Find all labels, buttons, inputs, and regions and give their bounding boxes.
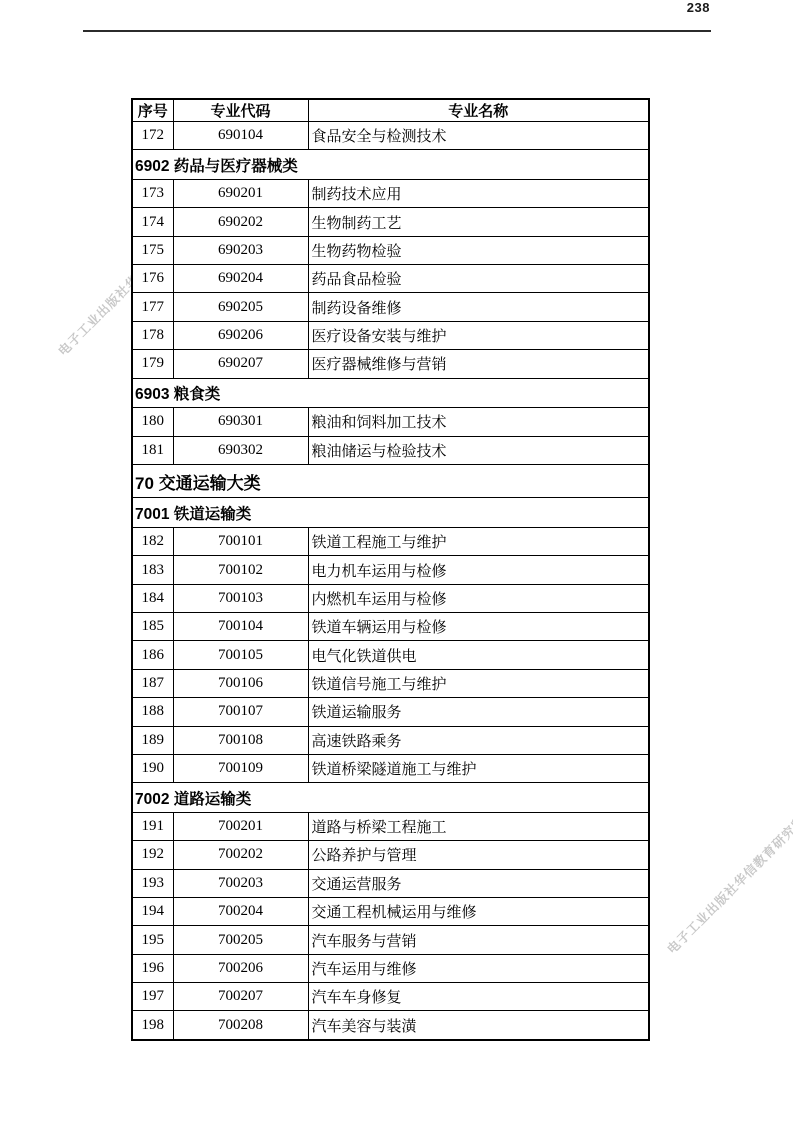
cell-code: 700106	[173, 669, 308, 697]
table-row: 178690206医疗设备安装与维护	[132, 321, 649, 349]
cell-no: 191	[132, 812, 173, 840]
cell-code: 700204	[173, 897, 308, 925]
cell-no: 188	[132, 698, 173, 726]
majors-table: 序号 专业代码 专业名称 172690104食品安全与检测技术6902 药品与医…	[131, 98, 650, 1041]
cell-no: 175	[132, 236, 173, 264]
table-row: 188700107铁道运输服务	[132, 698, 649, 726]
cell-no: 194	[132, 897, 173, 925]
table-row: 172690104食品安全与检测技术	[132, 122, 649, 150]
cell-code: 700101	[173, 528, 308, 556]
table-row: 195700205汽车服务与营销	[132, 926, 649, 954]
cell-name: 汽车运用与维修	[308, 954, 649, 982]
table-row: 186700105电气化铁道供电	[132, 641, 649, 669]
cell-code: 690205	[173, 293, 308, 321]
cell-code: 690202	[173, 208, 308, 236]
cell-code: 690201	[173, 180, 308, 208]
cell-code: 700107	[173, 698, 308, 726]
cell-no: 178	[132, 321, 173, 349]
table-row: 198700208汽车美容与装潢	[132, 1011, 649, 1040]
table-row: 194700204交通工程机械运用与维修	[132, 897, 649, 925]
section-label: 6902 药品与医疗器械类	[132, 150, 649, 180]
cell-code: 700102	[173, 556, 308, 584]
cell-no: 195	[132, 926, 173, 954]
section-label: 7002 道路运输类	[132, 783, 649, 813]
cell-no: 189	[132, 726, 173, 754]
cell-no: 187	[132, 669, 173, 697]
cell-no: 174	[132, 208, 173, 236]
cell-code: 690204	[173, 265, 308, 293]
table-row: 191700201道路与桥梁工程施工	[132, 812, 649, 840]
cell-code: 690207	[173, 350, 308, 378]
table-row: 193700203交通运营服务	[132, 869, 649, 897]
cell-no: 179	[132, 350, 173, 378]
cell-no: 192	[132, 841, 173, 869]
table-row: 176690204药品食品检验	[132, 265, 649, 293]
cell-code: 700208	[173, 1011, 308, 1040]
cell-name: 汽车服务与营销	[308, 926, 649, 954]
cell-code: 700109	[173, 754, 308, 782]
cell-no: 176	[132, 265, 173, 293]
section-row: 6902 药品与医疗器械类	[132, 150, 649, 180]
cell-no: 172	[132, 122, 173, 150]
major-section-label: 70 交通运输大类	[132, 464, 649, 498]
cell-code: 700105	[173, 641, 308, 669]
cell-name: 铁道桥梁隧道施工与维护	[308, 754, 649, 782]
cell-name: 铁道信号施工与维护	[308, 669, 649, 697]
cell-no: 181	[132, 436, 173, 464]
table-row: 189700108高速铁路乘务	[132, 726, 649, 754]
cell-code: 690203	[173, 236, 308, 264]
table-body: 172690104食品安全与检测技术6902 药品与医疗器械类173690201…	[132, 122, 649, 1041]
cell-code: 700202	[173, 841, 308, 869]
cell-name: 电力机车运用与检修	[308, 556, 649, 584]
section-label: 7001 铁道运输类	[132, 498, 649, 528]
cell-name: 药品食品检验	[308, 265, 649, 293]
cell-code: 700103	[173, 584, 308, 612]
cell-no: 183	[132, 556, 173, 584]
table-row: 181690302粮油储运与检验技术	[132, 436, 649, 464]
cell-code: 690104	[173, 122, 308, 150]
cell-name: 铁道车辆运用与检修	[308, 613, 649, 641]
table-row: 179690207医疗器械维修与营销	[132, 350, 649, 378]
page-number: 238	[650, 0, 710, 15]
cell-name: 生物制药工艺	[308, 208, 649, 236]
table-row: 196700206汽车运用与维修	[132, 954, 649, 982]
table-row: 183700102电力机车运用与检修	[132, 556, 649, 584]
section-row: 7001 铁道运输类	[132, 498, 649, 528]
section-row: 7002 道路运输类	[132, 783, 649, 813]
column-header-code: 专业代码	[173, 99, 308, 122]
column-header-name: 专业名称	[308, 99, 649, 122]
cell-code: 700104	[173, 613, 308, 641]
table-row: 190700109铁道桥梁隧道施工与维护	[132, 754, 649, 782]
watermark-right: 电子工业出版社华信教育研究所	[663, 811, 793, 957]
cell-no: 197	[132, 983, 173, 1011]
cell-no: 182	[132, 528, 173, 556]
major-section-row: 70 交通运输大类	[132, 464, 649, 498]
cell-name: 汽车美容与装潢	[308, 1011, 649, 1040]
cell-name: 内燃机车运用与检修	[308, 584, 649, 612]
cell-no: 184	[132, 584, 173, 612]
cell-no: 173	[132, 180, 173, 208]
cell-name: 医疗设备安装与维护	[308, 321, 649, 349]
table-row: 180690301粮油和饲料加工技术	[132, 408, 649, 436]
cell-code: 690206	[173, 321, 308, 349]
table-row: 192700202公路养护与管理	[132, 841, 649, 869]
header-rule	[83, 30, 711, 32]
cell-name: 粮油储运与检验技术	[308, 436, 649, 464]
cell-code: 700205	[173, 926, 308, 954]
column-header-no: 序号	[132, 99, 173, 122]
cell-code: 700201	[173, 812, 308, 840]
cell-name: 道路与桥梁工程施工	[308, 812, 649, 840]
cell-name: 铁道工程施工与维护	[308, 528, 649, 556]
cell-name: 汽车车身修复	[308, 983, 649, 1011]
cell-code: 700206	[173, 954, 308, 982]
cell-name: 粮油和饲料加工技术	[308, 408, 649, 436]
cell-name: 食品安全与检测技术	[308, 122, 649, 150]
cell-code: 690301	[173, 408, 308, 436]
table-row: 182700101铁道工程施工与维护	[132, 528, 649, 556]
cell-name: 制药技术应用	[308, 180, 649, 208]
cell-code: 690302	[173, 436, 308, 464]
cell-no: 186	[132, 641, 173, 669]
cell-name: 生物药物检验	[308, 236, 649, 264]
table-row: 175690203生物药物检验	[132, 236, 649, 264]
cell-no: 180	[132, 408, 173, 436]
cell-no: 190	[132, 754, 173, 782]
document-page: 238 电子工业出版社华信教育研究所 电子工业出版社华信教育研究所 序号 专业代…	[0, 0, 793, 1122]
table-row: 187700106铁道信号施工与维护	[132, 669, 649, 697]
cell-name: 交通运营服务	[308, 869, 649, 897]
table-row: 173690201制药技术应用	[132, 180, 649, 208]
cell-name: 制药设备维修	[308, 293, 649, 321]
table-row: 177690205制药设备维修	[132, 293, 649, 321]
cell-no: 193	[132, 869, 173, 897]
cell-code: 700207	[173, 983, 308, 1011]
cell-code: 700203	[173, 869, 308, 897]
cell-name: 电气化铁道供电	[308, 641, 649, 669]
cell-no: 196	[132, 954, 173, 982]
cell-code: 700108	[173, 726, 308, 754]
section-label: 6903 粮食类	[132, 378, 649, 408]
cell-name: 铁道运输服务	[308, 698, 649, 726]
cell-no: 185	[132, 613, 173, 641]
table-row: 184700103内燃机车运用与检修	[132, 584, 649, 612]
section-row: 6903 粮食类	[132, 378, 649, 408]
cell-name: 医疗器械维修与营销	[308, 350, 649, 378]
cell-no: 177	[132, 293, 173, 321]
cell-name: 公路养护与管理	[308, 841, 649, 869]
cell-name: 高速铁路乘务	[308, 726, 649, 754]
table-row: 174690202生物制药工艺	[132, 208, 649, 236]
table-header-row: 序号 专业代码 专业名称	[132, 99, 649, 122]
table-row: 197700207汽车车身修复	[132, 983, 649, 1011]
table-row: 185700104铁道车辆运用与检修	[132, 613, 649, 641]
cell-no: 198	[132, 1011, 173, 1040]
cell-name: 交通工程机械运用与维修	[308, 897, 649, 925]
